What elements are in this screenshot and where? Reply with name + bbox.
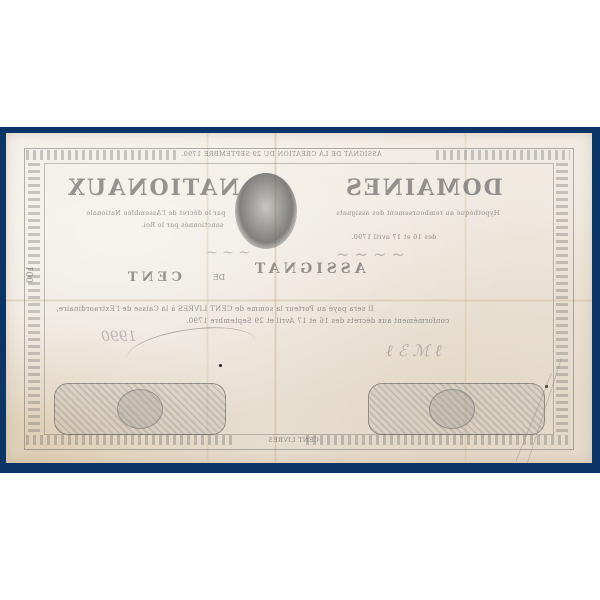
subtitle-line1-left: par le décret de l'Assemblée Nationale	[86, 209, 225, 217]
handwritten-signature: ℓ ℰ ℳ ℓ	[386, 341, 441, 361]
body-text: conformément aux décrets des 16 et 17 Av…	[186, 317, 449, 325]
handwritten-mark: ~ ~ ~	[206, 245, 250, 261]
title-right-text: DOMAINES	[344, 175, 503, 201]
denomination-right: ASSIGNAT	[251, 261, 366, 277]
handwritten-number-text: 1990	[101, 329, 137, 345]
cartouche-vignette	[117, 389, 163, 429]
subtitle-text: sanctionnés par le Roi.	[141, 221, 223, 229]
top-border-text-label: ASSIGNAT DE LA CRÉATION DU 29 SEPTEMBRE …	[181, 150, 382, 158]
subtitle-line2-left: sanctionnés par le Roi.	[141, 221, 223, 229]
left-border-ornament	[28, 163, 40, 433]
body-line2: conformément aux décrets des 16 et 17 Av…	[186, 317, 449, 325]
engraved-cartouche-right	[368, 383, 545, 435]
denomination-text: ASSIGNAT	[251, 261, 366, 277]
right-border-ornament	[556, 163, 568, 433]
side-value: 100	[26, 266, 36, 283]
subtitle-text: Hypothéqué au remboursement des assignat…	[336, 209, 500, 217]
subtitle-text: des 16 et 17 avril 1790.	[351, 233, 436, 241]
cartouche-vignette	[429, 389, 475, 429]
top-border-text: ASSIGNAT DE LA CRÉATION DU 29 SEPTEMBRE …	[181, 150, 382, 158]
king-portrait-medallion	[235, 173, 297, 249]
side-value-text: 100	[26, 266, 36, 283]
assignat-banknote: ASSIGNAT DE LA CRÉATION DU 29 SEPTEMBRE …	[6, 133, 592, 463]
ink-spot	[219, 364, 222, 367]
denomination-connector-text: DE	[213, 273, 225, 282]
denomination-connector: DE	[213, 273, 225, 282]
title-right: DOMAINES	[344, 175, 503, 201]
denomination-text: CENT	[124, 270, 182, 285]
bottom-border-text: CENT LIVRES	[268, 436, 319, 444]
denomination-left: CENT	[124, 270, 182, 285]
engraved-cartouche-left	[54, 383, 226, 435]
subtitle-text: par le décret de l'Assemblée Nationale	[86, 209, 225, 217]
handwritten-number: 1990	[101, 329, 137, 345]
title-left-text: NATIONAUX	[66, 175, 239, 201]
top-border-ornament	[436, 150, 570, 160]
bottom-border-ornament	[26, 435, 236, 445]
subtitle-line1-right: Hypothéqué au remboursement des assignat…	[336, 209, 500, 217]
title-left: NATIONAUX	[66, 175, 239, 201]
bottom-border-text-label: CENT LIVRES	[268, 436, 319, 444]
top-border-ornament	[26, 150, 176, 160]
bottom-border-ornament	[306, 435, 570, 445]
subtitle-line2-right: des 16 et 17 avril 1790.	[351, 233, 436, 241]
body-text: Il sera payé au Porteur la somme de CENT…	[56, 305, 374, 313]
body-line1: Il sera payé au Porteur la somme de CENT…	[56, 305, 374, 313]
